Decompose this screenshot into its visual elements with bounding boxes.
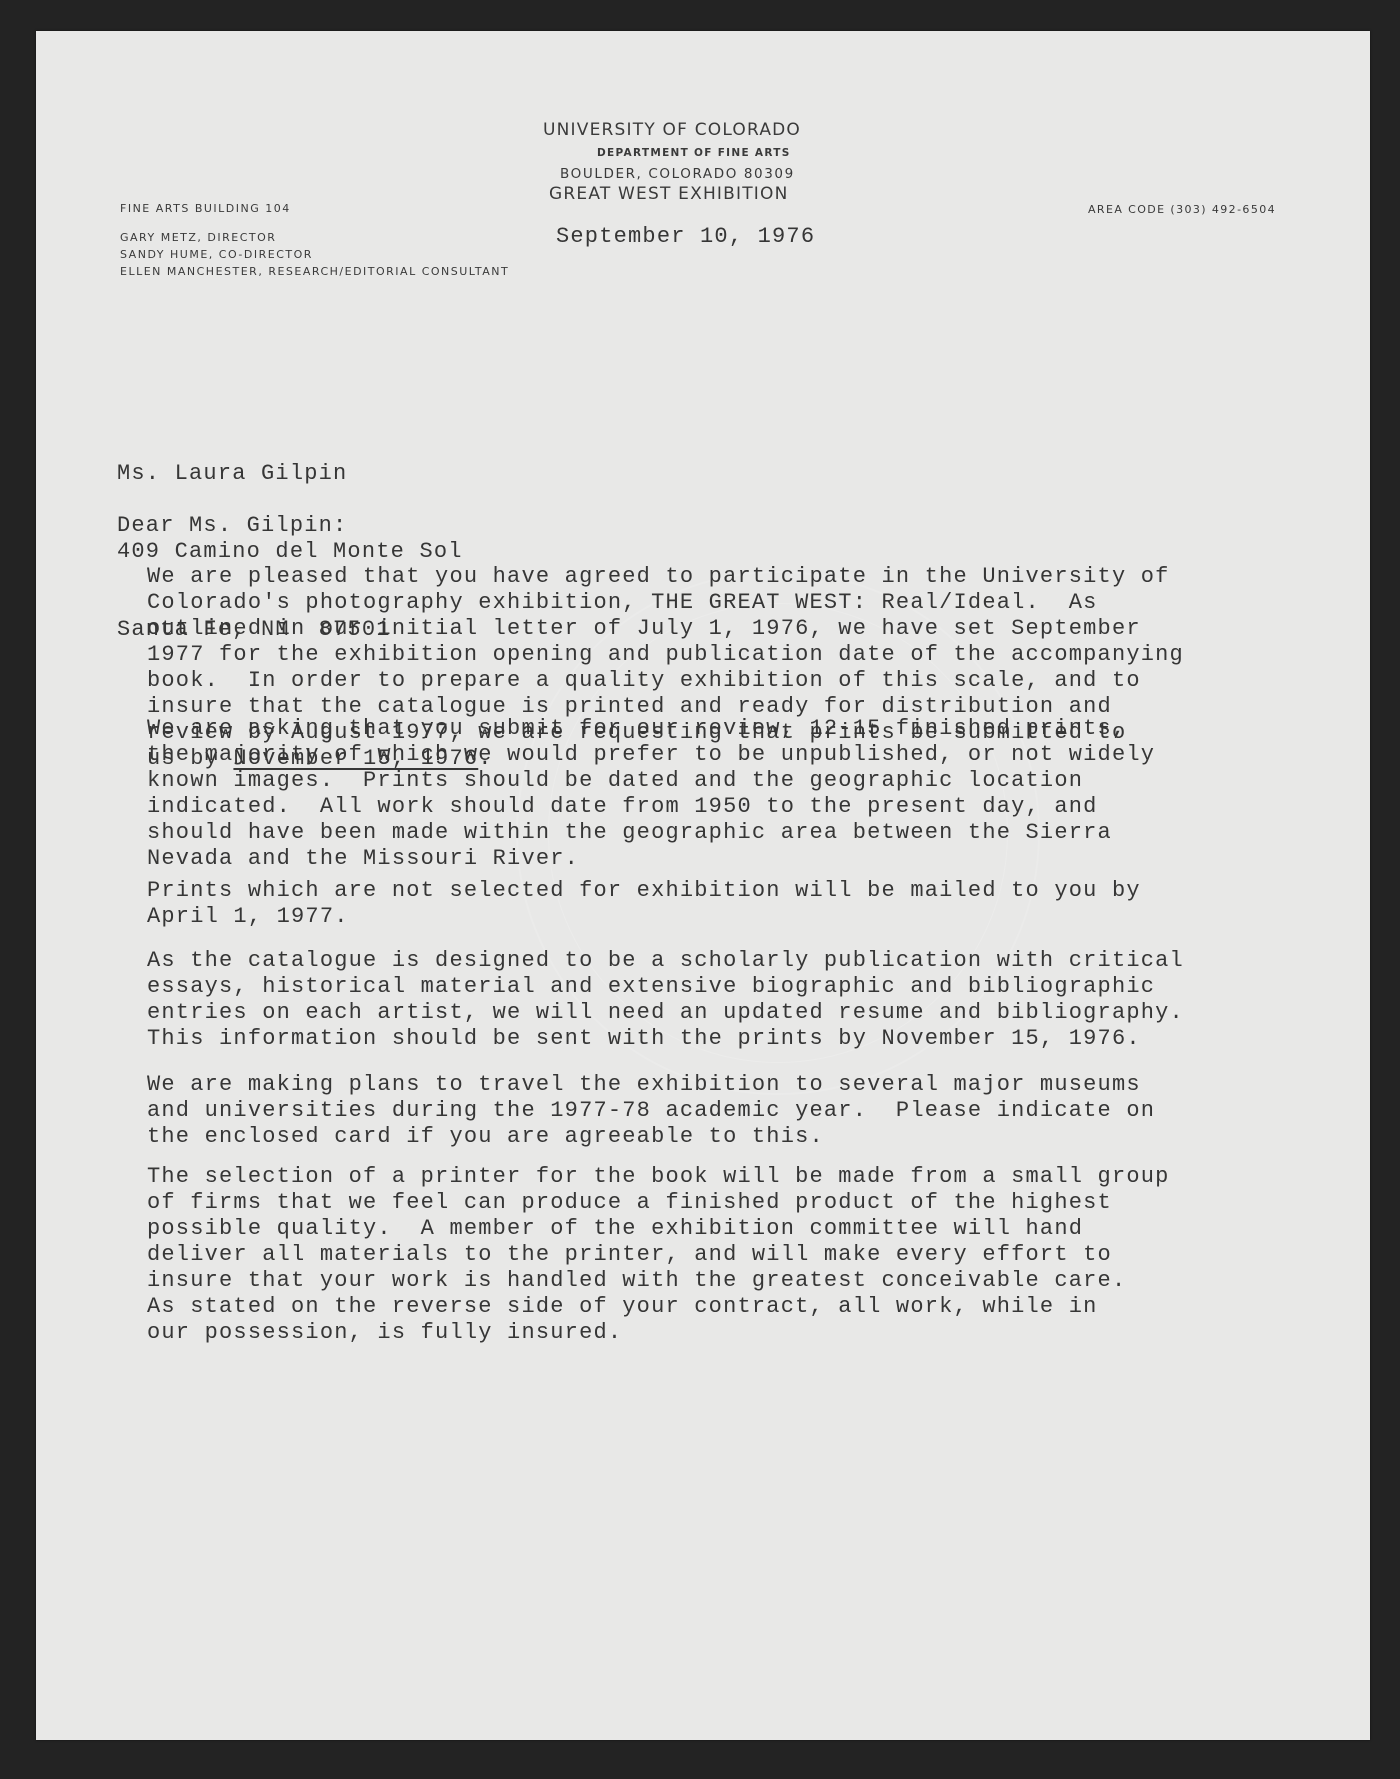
letterhead-phone: AREA CODE (303) 492-6504 bbox=[1088, 203, 1276, 216]
letterhead-department: DEPARTMENT OF FINE ARTS bbox=[597, 147, 791, 159]
letter-date: September 10, 1976 bbox=[556, 224, 815, 250]
paragraph-line: As stated on the reverse side of your co… bbox=[147, 1294, 1170, 1320]
staff-co-director: SANDY HUME, CO-DIRECTOR bbox=[120, 246, 509, 263]
letterhead-program: GREAT WEST EXHIBITION bbox=[549, 184, 789, 204]
paragraph-line: should have been made within the geograp… bbox=[147, 820, 1155, 846]
paragraph-line: Colorado's photography exhibition, THE G… bbox=[147, 590, 1184, 616]
paragraph-line: Nevada and the Missouri River. bbox=[147, 846, 1155, 872]
letterhead-institution: UNIVERSITY OF COLORADO bbox=[543, 120, 801, 140]
paragraph-line: We are asking that you submit for our re… bbox=[147, 716, 1155, 742]
paragraph-line: 1977 for the exhibition opening and publ… bbox=[147, 642, 1184, 668]
paragraph-line: outlined in our initial letter of July 1… bbox=[147, 616, 1184, 642]
paragraph-line: the enclosed card if you are agreeable t… bbox=[147, 1124, 1155, 1150]
paragraph-line: of firms that we feel can produce a fini… bbox=[147, 1190, 1170, 1216]
paragraph-line: The selection of a printer for the book … bbox=[147, 1164, 1170, 1190]
paragraph-line: and universities during the 1977-78 acad… bbox=[147, 1098, 1155, 1124]
letterhead-building: FINE ARTS BUILDING 104 bbox=[120, 202, 291, 215]
body-paragraph: We are making plans to travel the exhibi… bbox=[147, 1072, 1155, 1150]
body-paragraph: We are asking that you submit for our re… bbox=[147, 716, 1155, 872]
paragraph-line: This information should be sent with the… bbox=[147, 1026, 1184, 1052]
paragraph-line: our possession, is fully insured. bbox=[147, 1320, 1170, 1346]
letterhead-staff-list: GARY METZ, DIRECTOR SANDY HUME, CO-DIREC… bbox=[120, 229, 509, 280]
paragraph-line: the majority of which we would prefer to… bbox=[147, 742, 1155, 768]
body-paragraph: As the catalogue is designed to be a sch… bbox=[147, 948, 1184, 1052]
paragraph-line: indicated. All work should date from 195… bbox=[147, 794, 1155, 820]
salutation: Dear Ms. Gilpin: bbox=[117, 513, 347, 539]
paragraph-line: insure that your work is handled with th… bbox=[147, 1268, 1170, 1294]
paragraph-line: We are pleased that you have agreed to p… bbox=[147, 564, 1184, 590]
recipient-name: Ms. Laura Gilpin bbox=[117, 461, 463, 487]
staff-director: GARY METZ, DIRECTOR bbox=[120, 229, 509, 246]
paragraph-line: We are making plans to travel the exhibi… bbox=[147, 1072, 1155, 1098]
paragraph-line: Prints which are not selected for exhibi… bbox=[147, 878, 1141, 904]
staff-consultant: ELLEN MANCHESTER, RESEARCH/EDITORIAL CON… bbox=[120, 263, 509, 280]
paragraph-line: book. In order to prepare a quality exhi… bbox=[147, 668, 1184, 694]
paragraph-line: deliver all materials to the printer, an… bbox=[147, 1242, 1170, 1268]
letterhead-city: BOULDER, COLORADO 80309 bbox=[560, 166, 795, 182]
paragraph-line: essays, historical material and extensiv… bbox=[147, 974, 1184, 1000]
body-paragraph: Prints which are not selected for exhibi… bbox=[147, 878, 1141, 930]
paragraph-line: April 1, 1977. bbox=[147, 904, 1141, 930]
body-paragraph: The selection of a printer for the book … bbox=[147, 1164, 1170, 1346]
paragraph-line: known images. Prints should be dated and… bbox=[147, 768, 1155, 794]
paragraph-line: entries on each artist, we will need an … bbox=[147, 1000, 1184, 1026]
recipient-street: 409 Camino del Monte Sol bbox=[117, 539, 463, 565]
paragraph-line: possible quality. A member of the exhibi… bbox=[147, 1216, 1170, 1242]
paragraph-line: As the catalogue is designed to be a sch… bbox=[147, 948, 1184, 974]
